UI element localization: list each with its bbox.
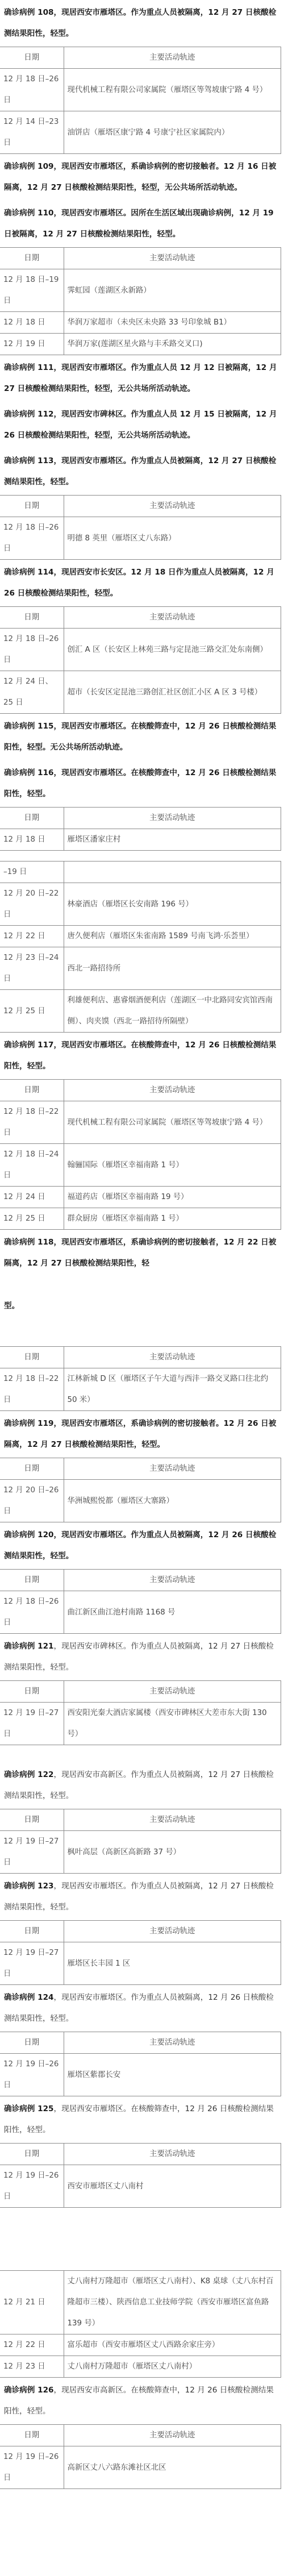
case-126-track-table: 日期 主要活动轨迹 12 月 19 日–26 日 高新区丈八六路东滩社区北区 [0, 2424, 281, 2489]
date-cell: 12 月 18 日–26 日 [0, 629, 64, 671]
case-115-description: 确诊病例 115，现居西安市雁塔区。在核酸筛查中，12 月 26 日核酸检测结果… [0, 714, 281, 760]
date-cell: 12 月 22 日 [0, 926, 64, 947]
case-119-track-table: 日期 主要活动轨迹 12 月 20 日–26 日 华洲城熙悦都（雁塔区大寨路） [0, 1458, 281, 1522]
track-cell: 枫叶高层（高新区高新路 37 号） [64, 1831, 281, 1874]
date-column-header: 日期 [0, 1681, 64, 1703]
case-116-track-table: 日期 主要活动轨迹 12 月 18 日 雁塔区潘家庄村 [0, 807, 281, 851]
page-break-gap [0, 851, 284, 861]
track-column-header: 主要活动轨迹 [64, 1681, 281, 1703]
table-row: 12 月 18 日–22 日 江林新城 D 区（雁塔区子午大道与西沣一路交叉路口… [0, 1368, 281, 1411]
case-111-description: 确诊病例 111，现居西安市雁塔区。作为重点人员 12 月 12 日被隔离，12… [0, 355, 281, 402]
case-114-description: 确诊病例 114，现居西安市长安区。12 月 18 日作为重点人员被隔离，12 … [0, 560, 281, 606]
case-126-label: 确诊病例 126 [4, 2386, 53, 2395]
date-cell: 12 月 19 日–26 日 [0, 2446, 64, 2489]
case-125-description: 确诊病例 125，现居西安市雁塔区。在核酸筛查中，12 月 26 日核酸检测结果… [0, 2096, 281, 2143]
case-117-track-table: 日期 主要活动轨迹 12 月 18 日–22 日 现代机械工程有限公司家属院（雁… [0, 1079, 281, 1230]
case-118-description-continued: 型。 [0, 1293, 281, 1336]
page-break-gap [0, 1745, 284, 1762]
case-125-label: 确诊病例 125 [4, 2104, 53, 2113]
case-116-description: 确诊病例 116，现居西安市雁塔区。在核酸筛查中，12 月 26 日核酸检测结果… [0, 760, 281, 807]
table-row: 12 月 20 日–26 日 华洲城熙悦都（雁塔区大寨路） [0, 1480, 281, 1522]
track-cell: 翰骊国际（雁塔区幸福南路 1 号） [64, 1144, 281, 1187]
case-118-track-table: 日期 主要活动轨迹 12 月 18 日–22 日 江林新城 D 区（雁塔区子午大… [0, 1346, 281, 1411]
table-row: 12 月 24 日、25 日 超市（长安区定昆池三路创汇社区创汇小区 A 区 3… [0, 671, 281, 714]
case-121-label: 确诊病例 121 [4, 1642, 53, 1651]
track-cell: 丈八南村万隆超市（雁塔区丈八南村）、K8 桌球（丈八东村百隆超市三楼）、陕西信息… [64, 2271, 281, 2334]
date-cell: 12 月 21 日 [0, 2271, 64, 2334]
table-header-row: 日期 主要活动轨迹 [0, 2425, 281, 2446]
date-column-header: 日期 [0, 1921, 64, 1942]
track-column-header: 主要活动轨迹 [64, 2032, 281, 2054]
table-row: 12 月 21 日 丈八南村万隆超市（雁塔区丈八南村）、K8 桌球（丈八东村百隆… [0, 2271, 281, 2334]
case-122-description: 确诊病例 122，现居西安市高新区。作为重点人员被隔离，12 月 27 日核酸检… [0, 1762, 281, 1809]
track-cell: 利雄便利店、惠睿烟酒便利店（莲湖区一中北路同安宾馆西南侧）、肉夹馍（西北一路招待… [64, 990, 281, 1033]
track-column-header: 主要活动轨迹 [64, 496, 281, 517]
date-cell: 12 月 18 日–26 日 [0, 517, 64, 560]
track-column-header: 主要活动轨迹 [64, 1570, 281, 1591]
case-118-description: 确诊病例 118，现居西安市雁塔区，系确诊病例的密切接触者，12 月 22 日被… [0, 1230, 281, 1276]
table-header-row: 日期 主要活动轨迹 [0, 1921, 281, 1942]
track-cell: 华润万家(莲湖区星火路与丰禾路交叉口) [64, 334, 281, 355]
date-cell: 12 月 18 日–26 日 [0, 69, 64, 111]
case-120-description: 确诊病例 120，现居西安市雁塔区。作为重点人员被隔离，12 月 26 日核酸检… [0, 1522, 281, 1569]
track-cell: 华洲城熙悦都（雁塔区大寨路） [64, 1480, 281, 1522]
date-column-header: 日期 [0, 2144, 64, 2165]
date-column-header: 日期 [0, 1458, 64, 1480]
date-column-header: 日期 [0, 2032, 64, 2054]
track-cell: 林豪酒店（雁塔区长安南路 196 号） [64, 883, 281, 926]
track-cell: 雁塔区潘家庄村 [64, 829, 281, 851]
track-column-header: 主要活动轨迹 [64, 248, 281, 269]
case-124-label: 确诊病例 124 [4, 1993, 53, 2002]
track-cell: 雁塔区长丰园 1 区 [64, 1942, 281, 1985]
table-row: 12 月 18 日–24 日 翰骊国际（雁塔区幸福南路 1 号） [0, 1144, 281, 1187]
date-cell: 12 月 19 日–27 日 [0, 1831, 64, 1874]
case-113-description: 确诊病例 113，现居西安市雁塔区。作为重点人员被隔离，12 月 27 日核酸检… [0, 448, 281, 495]
table-header-row: 日期 主要活动轨迹 [0, 808, 281, 829]
track-column-header: 主要活动轨迹 [64, 2144, 281, 2165]
case-125-track-table-continued: 12 月 21 日 丈八南村万隆超市（雁塔区丈八南村）、K8 桌球（丈八东村百隆… [0, 2270, 281, 2378]
table-header-row: 日期 主要活动轨迹 [0, 496, 281, 517]
case-110-description: 确诊病例 110，现居西安市雁塔区。因所在生活区域出现确诊病例，12 月 19 … [0, 201, 281, 247]
table-header-row: 日期 主要活动轨迹 [0, 1458, 281, 1480]
date-column-header: 日期 [0, 1347, 64, 1368]
case-124-track-table: 日期 主要活动轨迹 12 月 19 日–26 日 雁塔区紫郡长安 [0, 2032, 281, 2096]
track-column-header: 主要活动轨迹 [64, 1921, 281, 1942]
track-column-header: 主要活动轨迹 [64, 1347, 281, 1368]
track-column-header: 主要活动轨迹 [64, 607, 281, 629]
case-110-track-table: 日期 主要活动轨迹 12 月 18 日–19 日 霁虹园（莲湖区永新路） 12 … [0, 247, 281, 355]
date-cell: 12 月 23 日 [0, 2356, 64, 2378]
track-column-header: 主要活动轨迹 [64, 808, 281, 829]
case-113-track-table: 日期 主要活动轨迹 12 月 18 日–26 日 明德 8 英里（雁塔区丈八东路… [0, 495, 281, 560]
date-cell: 12 月 18 日 [0, 829, 64, 851]
date-column-header: 日期 [0, 808, 64, 829]
track-column-header: 主要活动轨迹 [64, 1080, 281, 1101]
date-column-header: 日期 [0, 1570, 64, 1591]
table-header-row: 日期 主要活动轨迹 [0, 1080, 281, 1101]
table-row: 12 月 25 日 群众厨房（雁塔区幸福南路 1 号） [0, 1208, 281, 1230]
case-112-description: 确诊病例 112，现居西安市碑林区。作为重点人员 12 月 15 日被隔离，12… [0, 402, 281, 448]
case-126-description: 确诊病例 126，现居西安市高新区。在核酸筛查中，12 月 26 日核酸检测结果… [0, 2378, 281, 2424]
case-122-track-table: 日期 主要活动轨迹 12 月 19 日–27 日 枫叶高层（高新区高新路 37 … [0, 1809, 281, 1874]
track-cell: 创汇 A 区（长安区上林苑三路与定昆池三路交汇处东南侧） [64, 629, 281, 671]
table-row: 12 月 20 日–22 日 林豪酒店（雁塔区长安南路 196 号） [0, 883, 281, 926]
table-row: 12 月 19 日–26 日 高新区丈八六路东滩社区北区 [0, 2446, 281, 2489]
date-cell: 12 月 14 日–23 日 [0, 111, 64, 154]
case-114-track-table: 日期 主要活动轨迹 12 月 18 日–26 日 创汇 A 区（长安区上林苑三路… [0, 606, 281, 714]
track-column-header: 主要活动轨迹 [64, 47, 281, 69]
date-column-header: 日期 [0, 2425, 64, 2446]
track-cell: 富乐超市（西安市雁塔区丈八西路余家庄旁） [64, 2334, 281, 2356]
track-cell: 群众厨房（雁塔区幸福南路 1 号） [64, 1208, 281, 1230]
track-cell: 雁塔区紫郡长安 [64, 2054, 281, 2096]
table-row: 12 月 19 日 华润万家(莲湖区星火路与丰禾路交叉口) [0, 334, 281, 355]
case-116-track-table-continued: –19 日 12 月 20 日–22 日 林豪酒店（雁塔区长安南路 196 号）… [0, 861, 281, 1033]
table-row: 12 月 18 日–26 日 曲江新区曲江池村南路 1168 号 [0, 1591, 281, 1634]
table-row: 12 月 23 日–24 日 西北一路招待所 [0, 947, 281, 990]
table-header-row: 日期 主要活动轨迹 [0, 1347, 281, 1368]
date-cell: 12 月 24 日、25 日 [0, 671, 64, 714]
date-cell: 12 月 18 日–26 日 [0, 1591, 64, 1634]
table-row: 12 月 18 日 华润万家超市（未央区未央路 33 号印象城 B1） [0, 312, 281, 334]
case-124-description: 确诊病例 124，现居西安市雁塔区。作为重点人员被隔离，12 月 26 日核酸检… [0, 1985, 281, 2032]
track-cell: 唐久便利店（雁塔区朱雀南路 1589 号南飞鸿·乐荟里） [64, 926, 281, 947]
track-column-header: 主要活动轨迹 [64, 2425, 281, 2446]
table-header-row: 日期 主要活动轨迹 [0, 1809, 281, 1831]
date-cell: 12 月 24 日 [0, 1187, 64, 1208]
case-108-track-table: 日期 主要活动轨迹 12 月 18 日–26 日 现代机械工程有限公司家属院（雁… [0, 47, 281, 154]
table-row: 12 月 19 日–26 日 西安市雁塔区丈八南村 [0, 2165, 281, 2208]
track-cell: 丈八南村万隆超市（雁塔区丈八南村） [64, 2356, 281, 2378]
track-cell: 油饼店（雁塔区康宁路 4 号康宁社区家属院内） [64, 111, 281, 154]
track-column-header: 主要活动轨迹 [64, 1809, 281, 1831]
date-cell: 12 月 18 日–19 日 [0, 269, 64, 312]
table-row: 12 月 24 日 福道药店（雁塔区幸福南路 19 号） [0, 1187, 281, 1208]
case-108-description: 确诊病例 108，现居西安市雁塔区。作为重点人员被隔离，12 月 27 日核酸检… [0, 0, 281, 47]
track-cell [64, 862, 281, 883]
date-cell: 12 月 18 日 [0, 312, 64, 334]
case-119-description: 确诊病例 119，现居西安市雁塔区，系确诊病例的密切接触者。12 月 26 日被… [0, 1411, 281, 1458]
table-row: 12 月 22 日 唐久便利店（雁塔区朱雀南路 1589 号南飞鸿·乐荟里） [0, 926, 281, 947]
table-row: 12 月 19 日–26 日 雁塔区紫郡长安 [0, 2054, 281, 2096]
date-cell: 12 月 18 日–24 日 [0, 1144, 64, 1187]
table-header-row: 日期 主要活动轨迹 [0, 47, 281, 69]
date-column-header: 日期 [0, 47, 64, 69]
case-117-description: 确诊病例 117，现居西安市雁塔区。在核酸筛查中，12 月 26 日核酸检测结果… [0, 1033, 281, 1079]
track-cell: 现代机械工程有限公司家属院（雁塔区等驾坡康宁路 4 号） [64, 69, 281, 111]
table-row: 12 月 19 日–27 日 枫叶高层（高新区高新路 37 号） [0, 1831, 281, 1874]
date-cell: 12 月 25 日 [0, 1208, 64, 1230]
date-column-header: 日期 [0, 248, 64, 269]
track-cell: 超市（长安区定昆池三路创汇社区创汇小区 A 区 3 号楼） [64, 671, 281, 714]
table-row: 12 月 18 日–19 日 霁虹园（莲湖区永新路） [0, 269, 281, 312]
case-109-description: 确诊病例 109，现居西安市雁塔区，系确诊病例的密切接触者。12 月 16 日被… [0, 154, 281, 201]
date-cell: –19 日 [0, 862, 64, 883]
date-column-header: 日期 [0, 1809, 64, 1831]
track-cell: 高新区丈八六路东滩社区北区 [64, 2446, 281, 2489]
table-row: 12 月 25 日 利雄便利店、惠睿烟酒便利店（莲湖区一中北路同安宾馆西南侧）、… [0, 990, 281, 1033]
track-cell: 曲江新区曲江池村南路 1168 号 [64, 1591, 281, 1634]
date-column-header: 日期 [0, 607, 64, 629]
date-cell: 12 月 18 日–22 日 [0, 1101, 64, 1144]
date-cell: 12 月 19 日–26 日 [0, 2165, 64, 2208]
date-cell: 12 月 22 日 [0, 2334, 64, 2356]
table-row: 12 月 23 日 丈八南村万隆超市（雁塔区丈八南村） [0, 2356, 281, 2378]
date-cell: 12 月 18 日–22 日 [0, 1368, 64, 1411]
table-row: 12 月 18 日–26 日 创汇 A 区（长安区上林苑三路与定昆池三路交汇处东… [0, 629, 281, 671]
page-break-gap [0, 1276, 284, 1293]
date-column-header: 日期 [0, 496, 64, 517]
table-row: –19 日 [0, 862, 281, 883]
track-cell: 西安市雁塔区丈八南村 [64, 2165, 281, 2208]
track-cell: 明德 8 英里（雁塔区丈八东路） [64, 517, 281, 560]
table-row: 12 月 19 日–27 日 西安阳光秦大酒店家属楼（西安市碑林区大差市东大街 … [0, 1703, 281, 1745]
table-row: 12 月 14 日–23 日 油饼店（雁塔区康宁路 4 号康宁社区家属院内） [0, 111, 281, 154]
date-cell: 12 月 20 日–22 日 [0, 883, 64, 926]
track-cell: 西安阳光秦大酒店家属楼（西安市碑林区大差市东大街 130 号） [64, 1703, 281, 1745]
table-header-row: 日期 主要活动轨迹 [0, 2144, 281, 2165]
table-row: 12 月 19 日–27 日 雁塔区长丰园 1 区 [0, 1942, 281, 1985]
table-row: 12 月 18 日–22 日 现代机械工程有限公司家属院（雁塔区等驾坡康宁路 4… [0, 1101, 281, 1144]
case-121-track-table: 日期 主要活动轨迹 12 月 19 日–27 日 西安阳光秦大酒店家属楼（西安市… [0, 1680, 281, 1745]
date-cell: 12 月 19 日–27 日 [0, 1942, 64, 1985]
track-cell: 现代机械工程有限公司家属院（雁塔区等驾坡康宁路 4 号） [64, 1101, 281, 1144]
case-121-description: 确诊病例 121，现居西安市碑林区。作为重点人员被隔离，12 月 27 日核酸检… [0, 1634, 281, 1680]
track-cell: 西北一路招待所 [64, 947, 281, 990]
table-row: 12 月 22 日 富乐超市（西安市雁塔区丈八西路余家庄旁） [0, 2334, 281, 2356]
date-cell: 12 月 19 日–26 日 [0, 2054, 64, 2096]
case-120-track-table: 日期 主要活动轨迹 12 月 18 日–26 日 曲江新区曲江池村南路 1168… [0, 1569, 281, 1634]
page-break-gap [0, 2208, 284, 2270]
track-cell: 华润万家超市（未央区未央路 33 号印象城 B1） [64, 312, 281, 334]
table-row: 12 月 18 日–26 日 现代机械工程有限公司家属院（雁塔区等驾坡康宁路 4… [0, 69, 281, 111]
case-122-label: 确诊病例 122 [4, 1770, 53, 1779]
track-column-header: 主要活动轨迹 [64, 1458, 281, 1480]
case-123-track-table: 日期 主要活动轨迹 12 月 19 日–27 日 雁塔区长丰园 1 区 [0, 1920, 281, 1985]
table-header-row: 日期 主要活动轨迹 [0, 607, 281, 629]
date-cell: 12 月 23 日–24 日 [0, 947, 64, 990]
table-header-row: 日期 主要活动轨迹 [0, 1681, 281, 1703]
case-123-description: 确诊病例 123，现居西安市雁塔区。作为重点人员被隔离，12 月 27 日核酸检… [0, 1874, 281, 1920]
page-break-gap [0, 1336, 284, 1346]
date-cell: 12 月 25 日 [0, 990, 64, 1033]
case-123-label: 确诊病例 123 [4, 1882, 53, 1891]
table-header-row: 日期 主要活动轨迹 [0, 248, 281, 269]
case-report-page: 确诊病例 108，现居西安市雁塔区。作为重点人员被隔离，12 月 27 日核酸检… [0, 0, 284, 2489]
track-cell: 福道药店（雁塔区幸福南路 19 号） [64, 1187, 281, 1208]
table-header-row: 日期 主要活动轨迹 [0, 1570, 281, 1591]
table-header-row: 日期 主要活动轨迹 [0, 2032, 281, 2054]
date-column-header: 日期 [0, 1080, 64, 1101]
table-row: 12 月 18 日–26 日 明德 8 英里（雁塔区丈八东路） [0, 517, 281, 560]
table-row: 12 月 18 日 雁塔区潘家庄村 [0, 829, 281, 851]
track-cell: 江林新城 D 区（雁塔区子午大道与西沣一路交叉路口往北约 50 米） [64, 1368, 281, 1411]
date-cell: 12 月 19 日 [0, 334, 64, 355]
track-cell: 霁虹园（莲湖区永新路） [64, 269, 281, 312]
date-cell: 12 月 19 日–27 日 [0, 1703, 64, 1745]
case-125-track-table: 日期 主要活动轨迹 12 月 19 日–26 日 西安市雁塔区丈八南村 [0, 2143, 281, 2208]
date-cell: 12 月 20 日–26 日 [0, 1480, 64, 1522]
